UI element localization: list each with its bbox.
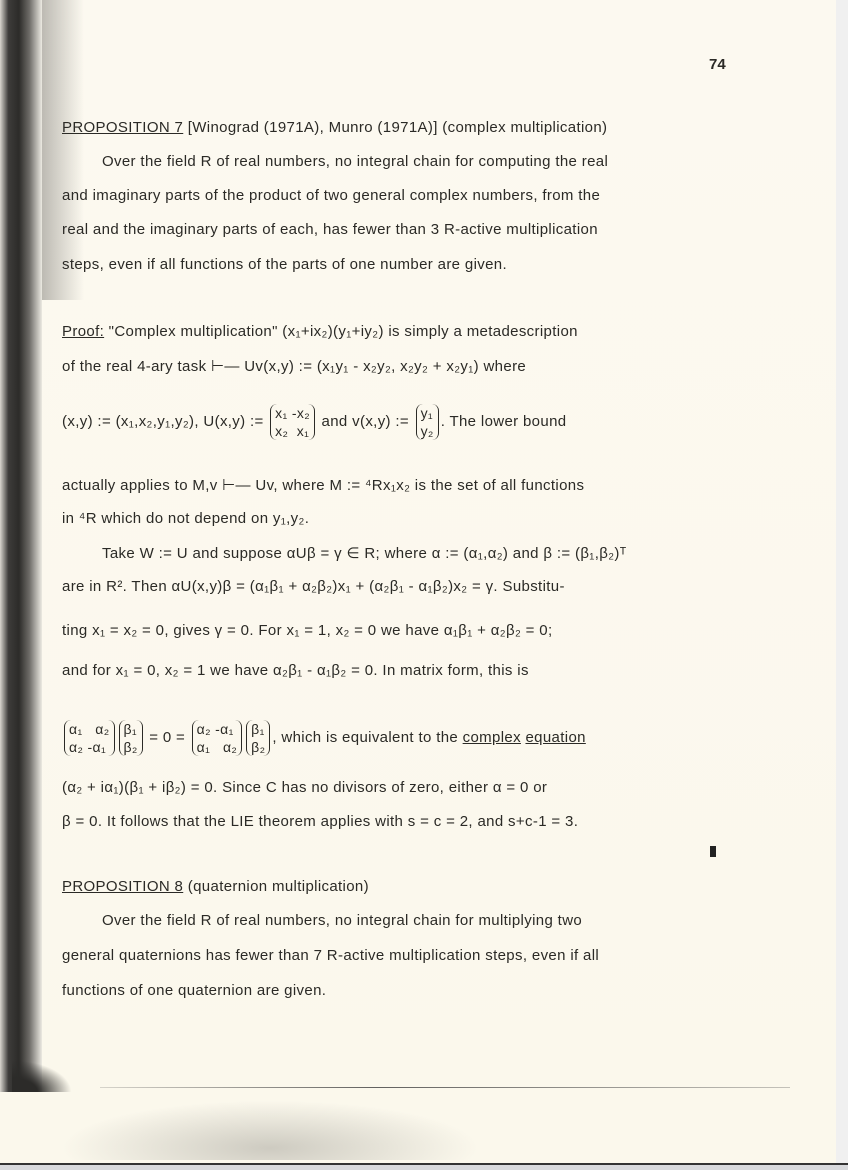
proof-text: . The lower bound	[441, 413, 567, 430]
proof-line: Take W := U and suppose αUβ = γ ∈ R; whe…	[102, 544, 627, 562]
proof-text: (x,y) := (x₁,x₂,y₁,y₂), U(x,y) :=	[62, 413, 268, 430]
proof-line-matrices: (x,y) := (x₁,x₂,y₁,y₂), U(x,y) := x₁ -x₂…	[62, 404, 566, 440]
underlined-term: complex	[463, 729, 521, 746]
matrix-U: x₁ -x₂ x₂ x₁	[270, 404, 315, 440]
proof-text: "Complex multiplication" (x₁+ix₂)(y₁+iy₂…	[104, 323, 578, 340]
page-bottom-rule	[100, 1087, 790, 1088]
proof-text: and v(x,y) :=	[317, 413, 414, 430]
scan-right-edge	[836, 0, 848, 1170]
proposition-8-line: functions of one quaternion are given.	[62, 982, 326, 999]
scan-bottom-edge	[0, 1163, 848, 1170]
proof-line: actually applies to M,v ⊢— Uv, where M :…	[62, 476, 584, 494]
matrix-alpha: α₁ α₂ α₂ -α₁	[64, 720, 115, 756]
matrix-beta: β₁ β₂	[119, 720, 143, 756]
proposition-7-line: and imaginary parts of the product of tw…	[62, 187, 600, 204]
binding-foot	[12, 1060, 72, 1092]
matrix-v: y₁ y₂	[416, 404, 439, 440]
proof-label: Proof:	[62, 323, 104, 340]
proposition-7-line: steps, even if all functions of the part…	[62, 256, 507, 273]
proposition-8-line: Over the field R of real numbers, no int…	[102, 912, 582, 929]
page-number: 74	[709, 56, 726, 73]
proposition-7-line: real and the imaginary parts of each, ha…	[62, 221, 598, 238]
proposition-7-line: Over the field R of real numbers, no int…	[102, 153, 608, 170]
proof-line: ting x₁ = x₂ = 0, gives γ = 0. For x₁ = …	[62, 622, 553, 639]
proof-text: , which is equivalent to the	[272, 729, 462, 746]
proof-line: (α₂ + iα₁)(β₁ + iβ₂) = 0. Since C has no…	[62, 779, 547, 796]
proof-line: β = 0. It follows that the LIE theorem a…	[62, 813, 578, 830]
proposition-8-title: (quaternion multiplication)	[183, 878, 369, 895]
proof-line: and for x₁ = 0, x₂ = 1 we have α₂β₁ - α₁…	[62, 662, 529, 679]
matrix-beta-2: β₁ β₂	[246, 720, 270, 756]
binding-spine	[0, 0, 42, 1092]
proposition-8-label: PROPOSITION 8	[62, 878, 183, 895]
proof-line: are in R². Then αU(x,y)β = (α₁β₁ + α₂β₂)…	[62, 578, 565, 595]
proof-line-matrix-equation: α₁ α₂ α₂ -α₁ β₁ β₂ = 0 = α₂ -α₁ α₁ α₂ β₁…	[62, 720, 586, 756]
proof-line: Proof: "Complex multiplication" (x₁+ix₂)…	[62, 323, 578, 340]
document-page: 74 PROPOSITION 7 [Winograd (1971A), Munr…	[0, 0, 848, 1170]
proposition-7-title: [Winograd (1971A), Munro (1971A)] (compl…	[183, 119, 607, 136]
scan-smudge	[60, 1100, 480, 1160]
proof-line: of the real 4-ary task ⊢— Uv(x,y) := (x₁…	[62, 357, 526, 375]
proposition-7-heading: PROPOSITION 7 [Winograd (1971A), Munro (…	[62, 119, 607, 136]
proof-text: = 0 =	[145, 729, 190, 746]
proposition-8-heading: PROPOSITION 8 (quaternion multiplication…	[62, 878, 369, 895]
proposition-7-label: PROPOSITION 7	[62, 119, 183, 136]
end-of-proof-icon	[710, 846, 716, 857]
underlined-term: equation	[525, 729, 585, 746]
matrix-alpha-rotated: α₂ -α₁ α₁ α₂	[192, 720, 243, 756]
proof-line: in ⁴R which do not depend on y₁,y₂.	[62, 510, 309, 527]
proposition-8-line: general quaternions has fewer than 7 R-a…	[62, 947, 599, 964]
